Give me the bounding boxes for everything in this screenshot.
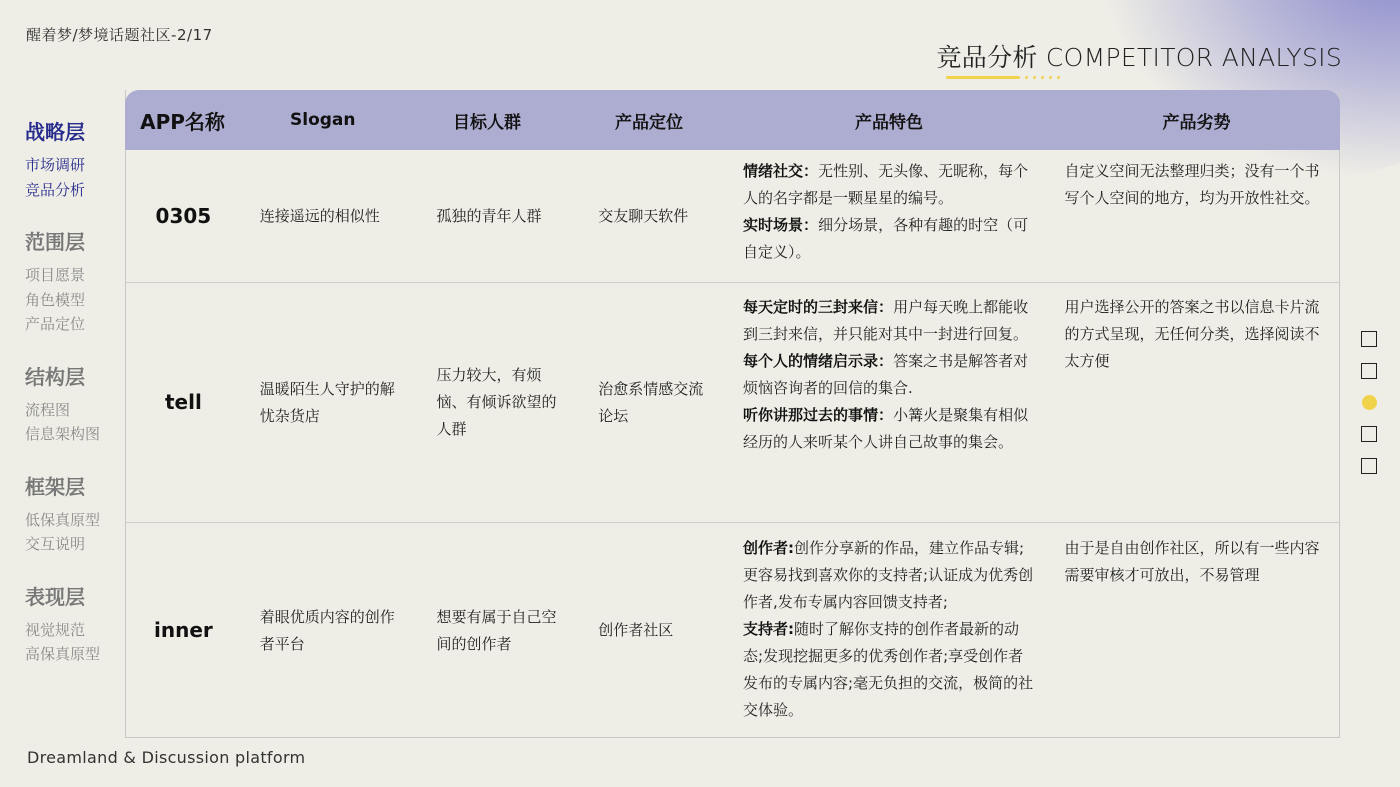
feature-label: 支持者: — [743, 620, 794, 638]
sidebar-layer-skeleton: 框架层 低保真原型 交互说明 — [25, 471, 120, 557]
feature-label: 听你讲那过去的事情： — [743, 406, 893, 424]
positioning: 交友聊天软件 — [579, 150, 724, 282]
table-header: APP名称 Slogan 目标人群 产品定位 产品特色 产品劣势 — [125, 90, 1340, 150]
page-indicator-active-dot-icon[interactable] — [1362, 395, 1377, 410]
sidebar-layer-surface: 表现层 视觉规范 高保真原型 — [25, 581, 120, 667]
page-title: 竞品分析 COMPETITOR ANALYSIS — [936, 38, 1342, 74]
target-audience: 压力较大，有烦恼、有倾诉欲望的人群 — [418, 283, 580, 522]
positioning: 创作者社区 — [579, 523, 724, 738]
table-row: 0305 连接遥远的相似性 孤独的青年人群 交友聊天软件 情绪社交：无性别、无头… — [126, 150, 1339, 283]
sidebar-item-flowchart[interactable]: 流程图 — [25, 398, 120, 423]
features: 创作者:创作分享新的作品，建立作品专辑;更容易找到喜欢你的支持者;认证成为优秀创… — [724, 523, 1044, 738]
weakness: 由于是自由创作社区，所以有一些内容需要审核才可放出，不易管理 — [1045, 523, 1340, 738]
sidebar-layer-title[interactable]: 战略层 — [25, 116, 120, 145]
features: 情绪社交：无性别、无头像、无昵称，每个人的名字都是一颗星星的编号。 实时场景：细… — [724, 150, 1044, 282]
slogan: 连接遥远的相似性 — [241, 150, 418, 282]
sidebar-layer-structure: 结构层 流程图 信息架构图 — [25, 361, 120, 447]
feature-label: 创作者: — [743, 539, 794, 557]
column-header-app-name: APP名称 — [125, 90, 240, 150]
column-header-audience: 目标人群 — [417, 90, 579, 150]
sidebar-item-persona[interactable]: 角色模型 — [25, 288, 120, 313]
page-indicator-square-icon[interactable] — [1361, 363, 1377, 379]
page-indicator-square-icon[interactable] — [1361, 458, 1377, 474]
slogan: 着眼优质内容的创作者平台 — [241, 523, 418, 738]
feature-label: 每天定时的三封来信： — [743, 298, 893, 316]
title-dots-decoration — [1025, 76, 1060, 79]
sidebar-item-project-vision[interactable]: 项目愿景 — [25, 263, 120, 288]
sidebar-item-positioning[interactable]: 产品定位 — [25, 312, 120, 337]
sidebar-item-competitor-analysis[interactable]: 竞品分析 — [25, 178, 120, 203]
sidebar-item-high-fidelity[interactable]: 高保真原型 — [25, 642, 120, 667]
weakness: 自定义空间无法整理归类；没有一个书写个人空间的地方，均为开放性社交。 — [1045, 150, 1340, 282]
feature-label: 情绪社交： — [743, 162, 818, 180]
target-audience: 孤独的青年人群 — [418, 150, 580, 282]
column-header-weakness: 产品劣势 — [1045, 90, 1340, 150]
sidebar-nav: 战略层 市场调研 竞品分析 范围层 项目愿景 角色模型 产品定位 结构层 流程图… — [25, 116, 120, 691]
features: 每天定时的三封来信：用户每天晚上都能收到三封来信，并只能对其中一封进行回复。 每… — [724, 283, 1044, 522]
app-name: tell — [126, 283, 241, 522]
sidebar-item-information-architecture[interactable]: 信息架构图 — [25, 422, 120, 447]
column-header-slogan: Slogan — [240, 90, 417, 150]
table-row: tell 温暖陌生人守护的解忧杂货店 压力较大，有烦恼、有倾诉欲望的人群 治愈系… — [126, 283, 1339, 523]
positioning: 治愈系情感交流论坛 — [579, 283, 724, 522]
feature-label: 每个人的情绪启示录： — [743, 352, 893, 370]
title-underline — [946, 76, 1020, 79]
sidebar-item-visual-spec[interactable]: 视觉规范 — [25, 618, 120, 643]
column-header-positioning: 产品定位 — [579, 90, 724, 150]
weakness: 用户选择公开的答案之书以信息卡片流的方式呈现，无任何分类，选择阅读不太方便 — [1045, 283, 1340, 522]
competitor-table: APP名称 Slogan 目标人群 产品定位 产品特色 产品劣势 0305 连接… — [125, 90, 1340, 738]
sidebar-item-low-fidelity[interactable]: 低保真原型 — [25, 508, 120, 533]
sidebar-layer-title[interactable]: 结构层 — [25, 361, 120, 390]
target-audience: 想要有属于自己空间的创作者 — [418, 523, 580, 738]
app-name: 0305 — [126, 150, 241, 282]
column-header-features: 产品特色 — [724, 90, 1045, 150]
sidebar-layer-title[interactable]: 范围层 — [25, 226, 120, 255]
sidebar-layer-title[interactable]: 框架层 — [25, 471, 120, 500]
sidebar-item-market-research[interactable]: 市场调研 — [25, 153, 120, 178]
sidebar-layer-scope: 范围层 项目愿景 角色模型 产品定位 — [25, 226, 120, 337]
page-indicator-square-icon[interactable] — [1361, 331, 1377, 347]
page-indicator-square-icon[interactable] — [1361, 426, 1377, 442]
page-indicator — [1361, 331, 1377, 474]
sidebar-layer-strategy: 战略层 市场调研 竞品分析 — [25, 116, 120, 202]
table-row: inner 着眼优质内容的创作者平台 想要有属于自己空间的创作者 创作者社区 创… — [126, 523, 1339, 738]
footer-tagline: Dreamland & Discussion platform — [27, 748, 305, 767]
sidebar-layer-title[interactable]: 表现层 — [25, 581, 120, 610]
slogan: 温暖陌生人守护的解忧杂货店 — [241, 283, 418, 522]
feature-label: 实时场景： — [743, 216, 818, 234]
breadcrumb: 醒着梦/梦境话题社区-2/17 — [26, 24, 213, 45]
sidebar-item-interaction-spec[interactable]: 交互说明 — [25, 532, 120, 557]
app-name: inner — [126, 523, 241, 738]
